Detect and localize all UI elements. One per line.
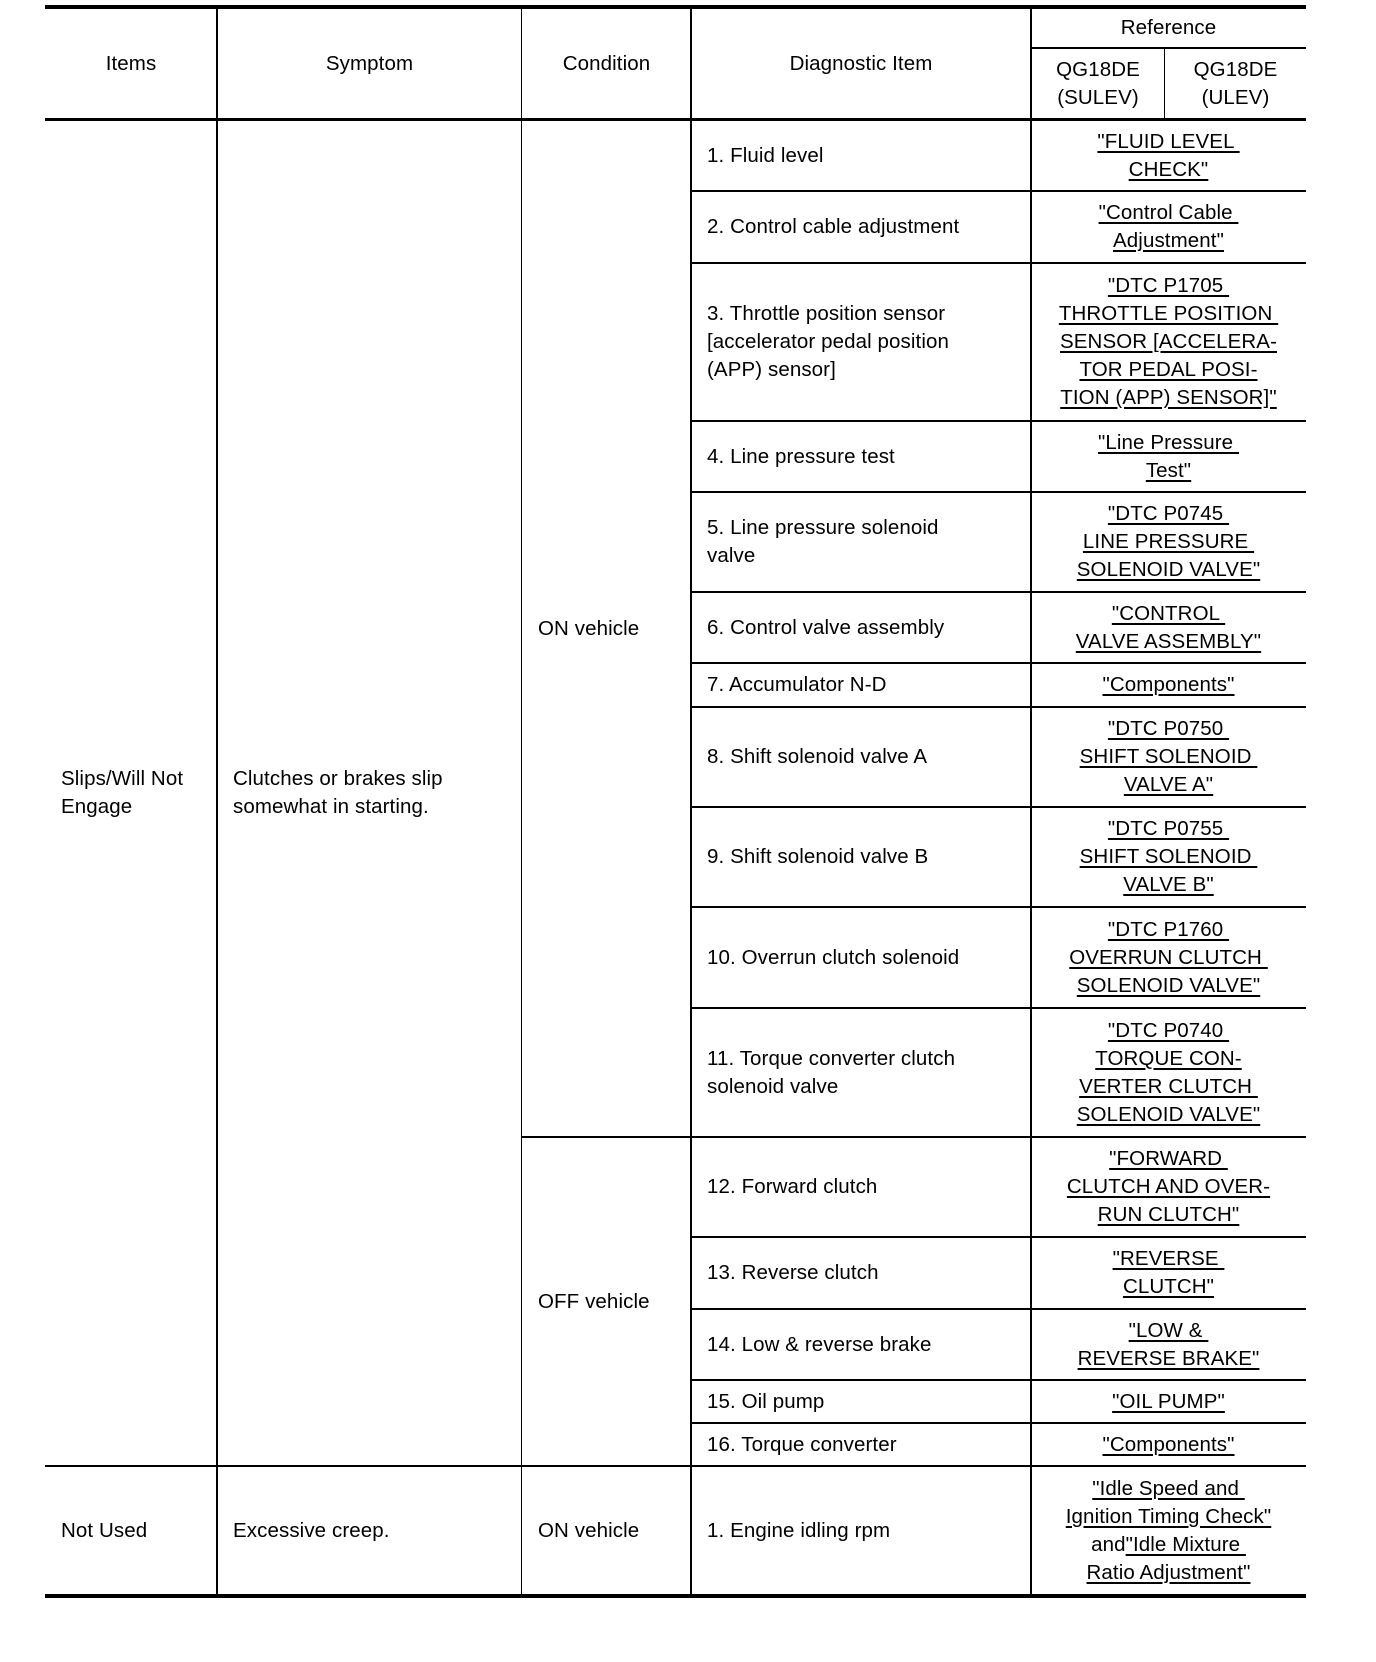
diagnostic-item-text: 1. Engine idling rpm	[707, 1517, 890, 1545]
reference-link[interactable]: VALVE B"	[1123, 873, 1214, 896]
row-divider	[691, 420, 1306, 422]
diagnostic-table: ItemsSymptomConditionDiagnostic ItemRefe…	[0, 0, 1376, 1662]
reference-link[interactable]: RUN CLUTCH"	[1098, 1203, 1240, 1226]
reference-line: VERTER CLUTCH	[1079, 1073, 1258, 1101]
row-divider	[691, 190, 1306, 192]
reference-cell: "Control Cable Adjustment"	[1035, 191, 1302, 263]
reference-link[interactable]: "REVERSE	[1113, 1247, 1225, 1270]
reference-line: "Control Cable	[1099, 199, 1239, 227]
reference-line: SOLENOID VALVE"	[1077, 972, 1260, 1000]
reference-cell: "DTC P0755 SHIFT SOLENOID VALVE B"	[1035, 807, 1302, 907]
diagnostic-item: 15. Oil pump	[691, 1380, 1031, 1423]
diagnostic-item: 7. Accumulator N-D	[691, 663, 1031, 707]
diagnostic-item-text: 9. Shift solenoid valve B	[707, 843, 928, 871]
diagnostic-item-text: 15. Oil pump	[707, 1388, 824, 1416]
reference-link[interactable]: Ignition Timing Check"	[1066, 1505, 1271, 1528]
reference-cell: "Line Pressure Test"	[1035, 421, 1302, 492]
diagnostic-item: 13. Reverse clutch	[691, 1237, 1031, 1309]
header-condition: Condition	[522, 8, 691, 120]
reference-cell: "DTC P1705 THROTTLE POSITION SENSOR [ACC…	[1035, 263, 1302, 421]
row-divider	[691, 806, 1306, 808]
symptom-cell: Clutches or brakes slip somewhat in star…	[217, 120, 522, 1466]
reference-line: "Components"	[1103, 671, 1235, 699]
diagnostic-item: 4. Line pressure test	[691, 421, 1031, 492]
reference-link[interactable]: "FORWARD	[1109, 1147, 1228, 1170]
reference-link[interactable]: "DTC P1760	[1108, 918, 1229, 941]
diagnostic-item-text: 14. Low & reverse brake	[707, 1331, 932, 1359]
condition-cell-text: ON vehicle	[538, 1517, 639, 1545]
reference-link[interactable]: VALVE ASSEMBLY"	[1076, 630, 1261, 653]
reference-line: SENSOR [ACCELERA-	[1060, 328, 1277, 356]
diagnostic-item-text: 8. Shift solenoid valve A	[707, 743, 927, 771]
reference-line: VALVE A"	[1124, 771, 1213, 799]
reference-line: "REVERSE	[1113, 1245, 1225, 1273]
diagnostic-item-text: 5. Line pressure solenoid valve	[707, 514, 939, 570]
reference-cell: "DTC P0750 SHIFT SOLENOID VALVE A"	[1035, 707, 1302, 807]
header-diagnostic-item-text: Diagnostic Item	[790, 50, 933, 78]
reference-link[interactable]: "LOW &	[1129, 1319, 1209, 1342]
header-ref-sulev-text: QG18DE (SULEV)	[1056, 56, 1140, 112]
reference-link[interactable]: SOLENOID VALVE"	[1077, 974, 1260, 997]
diagnostic-item-text: 2. Control cable adjustment	[707, 213, 959, 241]
reference-link[interactable]: TION (APP) SENSOR]"	[1060, 386, 1276, 409]
reference-link[interactable]: Ratio Adjustment"	[1087, 1561, 1251, 1584]
reference-line: VALVE B"	[1123, 871, 1214, 899]
reference-cell: "Components"	[1035, 1423, 1302, 1466]
header-reference: Reference	[1031, 8, 1306, 48]
reference-line: SOLENOID VALVE"	[1077, 556, 1260, 584]
header-items: Items	[45, 8, 217, 120]
diagnostic-item-text: 11. Torque converter clutch solenoid val…	[707, 1045, 955, 1101]
reference-line: "Line Pressure	[1098, 429, 1239, 457]
reference-link[interactable]: SOLENOID VALVE"	[1077, 558, 1260, 581]
reference-link[interactable]: "DTC P0745	[1108, 502, 1229, 525]
diagnostic-item: 3. Throttle position sensor [accelerator…	[691, 263, 1031, 421]
reference-link[interactable]: "DTC P0750	[1108, 717, 1229, 740]
reference-line: "DTC P0755	[1108, 815, 1229, 843]
reference-cell: "FORWARD CLUTCH AND OVER-RUN CLUTCH"	[1035, 1137, 1302, 1237]
reference-line: LINE PRESSURE	[1083, 528, 1254, 556]
reference-link[interactable]: "Components"	[1103, 1433, 1235, 1456]
reference-line: "DTC P1760	[1108, 916, 1229, 944]
row-divider	[691, 906, 1306, 908]
diagnostic-item: 12. Forward clutch	[691, 1137, 1031, 1237]
header-items-text: Items	[106, 50, 157, 78]
header-symptom-text: Symptom	[326, 50, 413, 78]
reference-line: Ratio Adjustment"	[1087, 1559, 1251, 1587]
diagnostic-item: 1. Engine idling rpm	[691, 1466, 1031, 1596]
reference-link[interactable]: SENSOR [ACCELERA-	[1060, 330, 1277, 353]
item-cell-text: Slips/Will Not Engage	[61, 765, 183, 821]
reference-cell: "Components"	[1035, 663, 1302, 707]
diagnostic-item-text: 6. Control valve assembly	[707, 614, 944, 642]
item-cell-text: Not Used	[61, 1517, 147, 1545]
reference-link[interactable]: "Idle Mixture	[1126, 1533, 1246, 1556]
reference-cell: "LOW & REVERSE BRAKE"	[1035, 1309, 1302, 1380]
header-symptom: Symptom	[217, 8, 522, 120]
reference-link[interactable]: CLUTCH AND OVER-	[1067, 1175, 1270, 1198]
reference-line: "OIL PUMP"	[1112, 1388, 1225, 1416]
diagnostic-item-text: 1. Fluid level	[707, 142, 823, 170]
top-border	[45, 5, 1306, 9]
row-divider	[691, 1236, 1306, 1238]
reference-line: "DTC P0740	[1108, 1017, 1229, 1045]
row-divider	[691, 1308, 1306, 1310]
reference-link[interactable]: "DTC P0755	[1108, 817, 1229, 840]
symptom-cell: Excessive creep.	[217, 1466, 522, 1596]
reference-line: RUN CLUTCH"	[1098, 1201, 1240, 1229]
reference-line: VALVE ASSEMBLY"	[1076, 628, 1261, 656]
reference-link[interactable]: "Line Pressure	[1098, 431, 1239, 454]
reference-line: "DTC P1705	[1108, 272, 1229, 300]
diagnostic-item-text: 10. Overrun clutch solenoid	[707, 944, 959, 972]
reference-line: "CONTROL	[1112, 600, 1225, 628]
reference-link[interactable]: TOR PEDAL POSI-	[1079, 358, 1257, 381]
reference-cell: "OIL PUMP"	[1035, 1380, 1302, 1423]
diagnostic-item: 10. Overrun clutch solenoid	[691, 907, 1031, 1008]
condition-cell-text: OFF vehicle	[538, 1288, 650, 1316]
reference-cell: "DTC P0745 LINE PRESSURE SOLENOID VALVE"	[1035, 492, 1302, 592]
reference-link[interactable]: Adjustment"	[1113, 229, 1224, 252]
header-bottom-border	[45, 118, 1306, 121]
row-divider	[691, 1379, 1306, 1381]
reference-line: Test"	[1146, 457, 1191, 485]
reference-link[interactable]: "Components"	[1103, 673, 1235, 696]
reference-line: CHECK"	[1129, 156, 1209, 184]
diagnostic-item: 11. Torque converter clutch solenoid val…	[691, 1008, 1031, 1137]
row-divider	[691, 491, 1306, 493]
condition-cell: ON vehicle	[522, 120, 691, 1137]
reference-link[interactable]: Test"	[1146, 459, 1191, 482]
condition-cell: ON vehicle	[522, 1466, 691, 1596]
reference-line: Adjustment"	[1113, 227, 1224, 255]
row-divider	[691, 1007, 1306, 1009]
reference-link[interactable]: CLUTCH"	[1123, 1275, 1214, 1298]
reference-split-line	[1031, 47, 1306, 49]
diagnostic-item: 8. Shift solenoid valve A	[691, 707, 1031, 807]
reference-line: SOLENOID VALVE"	[1077, 1101, 1260, 1129]
reference-link[interactable]: LINE PRESSURE	[1083, 530, 1254, 553]
diagnostic-item-text: 13. Reverse clutch	[707, 1259, 879, 1287]
header-ref-ulev: QG18DE (ULEV)	[1165, 48, 1306, 120]
diagnostic-item: 5. Line pressure solenoid valve	[691, 492, 1031, 592]
diagnostic-item-text: 7. Accumulator N-D	[707, 671, 887, 699]
reference-cell: "DTC P1760 OVERRUN CLUTCH SOLENOID VALVE…	[1035, 907, 1302, 1008]
reference-line: "LOW &	[1129, 1317, 1209, 1345]
column-divider	[521, 8, 522, 1596]
header-condition-text: Condition	[563, 50, 651, 78]
column-divider	[1164, 48, 1165, 120]
reference-link[interactable]: THROTTLE POSITION	[1059, 302, 1278, 325]
diagnostic-item-text: 16. Torque converter	[707, 1431, 897, 1459]
reference-line: "FORWARD	[1109, 1145, 1228, 1173]
diagnostic-item: 1. Fluid level	[691, 120, 1031, 191]
symptom-cell-text: Clutches or brakes slip somewhat in star…	[233, 765, 443, 821]
reference-line: Ignition Timing Check"	[1066, 1503, 1271, 1531]
reference-line: and"Idle Mixture	[1091, 1531, 1246, 1559]
header-reference-text: Reference	[1121, 14, 1216, 42]
condition-divider	[522, 1136, 1306, 1138]
diagnostic-item: 14. Low & reverse brake	[691, 1309, 1031, 1380]
reference-line: "Idle Speed and	[1092, 1475, 1245, 1503]
row-divider	[691, 1422, 1306, 1424]
reference-plain-text: and	[1091, 1533, 1126, 1556]
header-ref-sulev: QG18DE (SULEV)	[1031, 48, 1165, 120]
row-divider	[691, 662, 1306, 664]
diagnostic-item: 6. Control valve assembly	[691, 592, 1031, 663]
reference-line: TOR PEDAL POSI-	[1079, 356, 1257, 384]
item-cell: Slips/Will Not Engage	[45, 120, 217, 1466]
reference-cell: "REVERSE CLUTCH"	[1035, 1237, 1302, 1309]
reference-line: SHIFT SOLENOID	[1080, 843, 1258, 871]
header-diagnostic-item: Diagnostic Item	[691, 8, 1031, 120]
column-divider	[1030, 8, 1032, 1596]
diagnostic-item-text: 12. Forward clutch	[707, 1173, 877, 1201]
reference-line: CLUTCH AND OVER-	[1067, 1173, 1270, 1201]
reference-line: CLUTCH"	[1123, 1273, 1214, 1301]
reference-link[interactable]: "FLUID LEVEL	[1097, 130, 1239, 153]
reference-line: TION (APP) SENSOR]"	[1060, 384, 1276, 412]
row-divider	[691, 706, 1306, 708]
reference-link[interactable]: "Control Cable	[1099, 201, 1239, 224]
reference-link[interactable]: "Idle Speed and	[1092, 1477, 1245, 1500]
reference-link[interactable]: OVERRUN CLUTCH	[1069, 946, 1268, 969]
reference-line: OVERRUN CLUTCH	[1069, 944, 1268, 972]
reference-link[interactable]: VERTER CLUTCH	[1079, 1075, 1258, 1098]
condition-cell: OFF vehicle	[522, 1137, 691, 1466]
reference-link[interactable]: TORQUE CON-	[1095, 1047, 1242, 1070]
reference-link[interactable]: SHIFT SOLENOID	[1080, 845, 1258, 868]
bottom-border	[45, 1594, 1306, 1598]
diagnostic-item-text: 4. Line pressure test	[707, 443, 895, 471]
reference-cell: "CONTROL VALVE ASSEMBLY"	[1035, 592, 1302, 663]
reference-link[interactable]: "DTC P1705	[1108, 274, 1229, 297]
reference-link[interactable]: SOLENOID VALVE"	[1077, 1103, 1260, 1126]
group-divider	[45, 1465, 1306, 1467]
reference-line: REVERSE BRAKE"	[1078, 1345, 1260, 1373]
diagnostic-item: 9. Shift solenoid valve B	[691, 807, 1031, 907]
header-ref-ulev-text: QG18DE (ULEV)	[1194, 56, 1278, 112]
column-divider	[690, 8, 692, 1596]
row-divider	[691, 591, 1306, 593]
reference-link[interactable]: VALVE A"	[1124, 773, 1213, 796]
diagnostic-item-text: 3. Throttle position sensor [accelerator…	[707, 300, 949, 384]
column-divider	[216, 8, 218, 1596]
condition-cell-text: ON vehicle	[538, 615, 639, 643]
reference-line: "DTC P0750	[1108, 715, 1229, 743]
diagnostic-item: 16. Torque converter	[691, 1423, 1031, 1466]
reference-line: SHIFT SOLENOID	[1080, 743, 1258, 771]
reference-link[interactable]: SHIFT SOLENOID	[1080, 745, 1258, 768]
reference-link[interactable]: "DTC P0740	[1108, 1019, 1229, 1042]
reference-line: THROTTLE POSITION	[1059, 300, 1278, 328]
symptom-cell-text: Excessive creep.	[233, 1517, 390, 1545]
reference-cell: "DTC P0740 TORQUE CON-VERTER CLUTCH SOLE…	[1035, 1008, 1302, 1137]
reference-line: "DTC P0745	[1108, 500, 1229, 528]
reference-cell: "Idle Speed and Ignition Timing Check"an…	[1035, 1466, 1302, 1596]
reference-line: TORQUE CON-	[1095, 1045, 1242, 1073]
reference-line: "FLUID LEVEL	[1097, 128, 1239, 156]
row-divider	[691, 262, 1306, 264]
reference-link[interactable]: CHECK"	[1129, 158, 1209, 181]
reference-link[interactable]: REVERSE BRAKE"	[1078, 1347, 1260, 1370]
item-cell: Not Used	[45, 1466, 217, 1596]
reference-cell: "FLUID LEVEL CHECK"	[1035, 120, 1302, 191]
diagnostic-item: 2. Control cable adjustment	[691, 191, 1031, 263]
reference-link[interactable]: "OIL PUMP"	[1112, 1390, 1225, 1413]
reference-line: "Components"	[1103, 1431, 1235, 1459]
reference-link[interactable]: "CONTROL	[1112, 602, 1225, 625]
